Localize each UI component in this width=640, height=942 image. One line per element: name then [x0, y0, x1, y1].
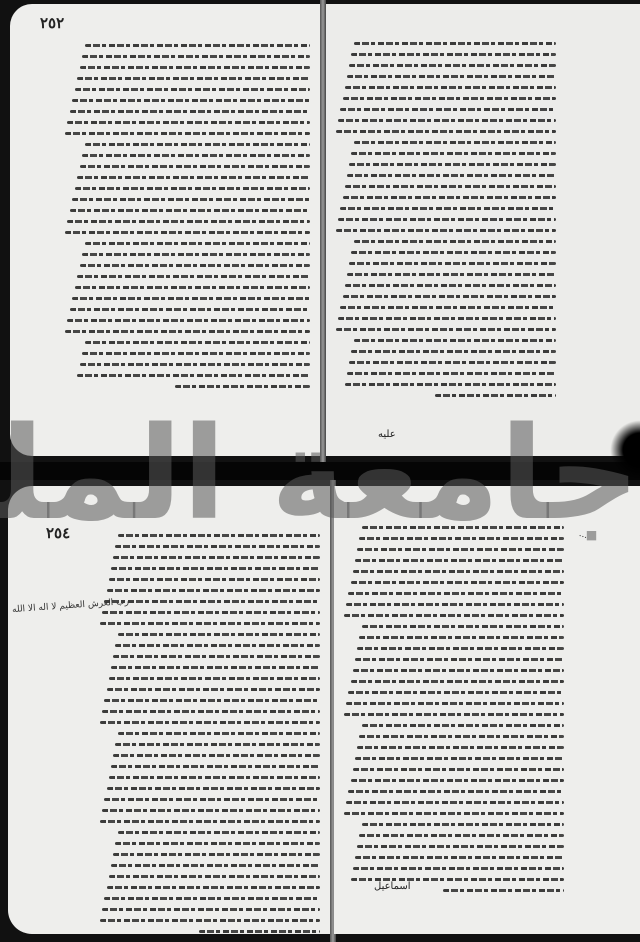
text-line — [85, 143, 310, 146]
text-line — [109, 776, 320, 779]
text-line — [107, 787, 320, 790]
text-line — [118, 732, 320, 735]
text-line — [82, 55, 310, 58]
text-line — [102, 710, 320, 713]
text-line — [175, 385, 310, 388]
text-line — [111, 666, 320, 669]
text-line — [118, 534, 320, 537]
text-line — [353, 867, 564, 870]
text-line — [346, 801, 564, 804]
text-line — [100, 721, 320, 724]
text-line — [347, 273, 556, 276]
text-line — [349, 163, 556, 166]
text-line — [82, 154, 310, 157]
text-line — [75, 88, 310, 91]
text-line — [336, 130, 556, 133]
text-line — [199, 930, 320, 933]
manuscript-text-block — [344, 526, 564, 900]
text-line — [72, 198, 310, 201]
text-line — [343, 295, 556, 298]
catchword: اسماعيل — [374, 881, 411, 892]
text-line — [346, 603, 564, 606]
text-line — [77, 275, 310, 278]
text-line — [111, 864, 320, 867]
text-line — [77, 77, 310, 80]
text-line — [359, 537, 564, 540]
text-line — [65, 132, 310, 135]
text-line — [85, 242, 310, 245]
text-line — [351, 779, 564, 782]
text-line — [357, 548, 564, 551]
text-line — [67, 121, 310, 124]
text-line — [72, 297, 310, 300]
page-254: ٢٥٤ رب العرش العظيم لا اله الا الله — [8, 486, 331, 934]
text-line — [351, 581, 564, 584]
margin-note: ... — [578, 529, 589, 541]
text-line — [72, 99, 310, 102]
text-line — [443, 889, 564, 892]
text-line — [113, 556, 320, 559]
text-line — [357, 647, 564, 650]
text-line — [351, 152, 556, 155]
text-line — [351, 251, 556, 254]
text-line — [336, 229, 556, 232]
text-line — [107, 589, 320, 592]
text-line — [104, 699, 320, 702]
text-line — [104, 600, 320, 603]
text-line — [75, 286, 310, 289]
text-line — [82, 352, 310, 355]
text-line — [362, 724, 564, 727]
text-line — [109, 677, 320, 680]
text-line — [67, 319, 310, 322]
text-line — [349, 64, 556, 67]
text-line — [355, 856, 564, 859]
text-line — [348, 691, 564, 694]
text-line — [355, 757, 564, 760]
text-line — [111, 567, 320, 570]
text-line — [100, 622, 320, 625]
text-line — [115, 644, 320, 647]
text-line — [345, 284, 556, 287]
catchword: عليه — [378, 429, 396, 440]
page-253: عليه — [326, 4, 640, 456]
text-line — [353, 669, 564, 672]
text-line — [80, 165, 310, 168]
text-line — [359, 636, 564, 639]
text-line — [80, 264, 310, 267]
text-line — [354, 42, 556, 45]
text-line — [338, 218, 556, 221]
text-line — [345, 185, 556, 188]
text-line — [338, 317, 556, 320]
text-line — [353, 570, 564, 573]
text-line — [351, 680, 564, 683]
text-line — [348, 592, 564, 595]
text-line — [102, 611, 320, 614]
text-line — [65, 330, 310, 333]
text-line — [118, 633, 320, 636]
text-line — [359, 735, 564, 738]
text-line — [80, 363, 310, 366]
text-line — [336, 328, 556, 331]
text-line — [107, 886, 320, 889]
text-line — [113, 655, 320, 658]
text-line — [109, 578, 320, 581]
text-line — [357, 845, 564, 848]
text-line — [70, 209, 310, 212]
text-line — [109, 875, 320, 878]
manuscript-text-block — [65, 44, 310, 396]
text-line — [345, 86, 556, 89]
text-line — [351, 53, 556, 56]
text-line — [80, 66, 310, 69]
page-number: ٢٥٢ — [40, 14, 64, 32]
text-line — [435, 394, 556, 397]
text-line — [347, 372, 556, 375]
text-line — [353, 768, 564, 771]
text-line — [362, 823, 564, 826]
scan-separator — [0, 462, 640, 480]
text-line — [354, 141, 556, 144]
text-line — [340, 207, 556, 210]
text-line — [111, 765, 320, 768]
text-line — [107, 688, 320, 691]
scan-edge-shadow — [610, 420, 640, 480]
text-line — [355, 658, 564, 661]
text-line — [102, 809, 320, 812]
text-line — [345, 383, 556, 386]
text-line — [362, 526, 564, 529]
text-line — [340, 108, 556, 111]
text-line — [85, 341, 310, 344]
text-line — [348, 790, 564, 793]
text-line — [75, 187, 310, 190]
text-line — [344, 812, 564, 815]
text-line — [354, 240, 556, 243]
text-line — [343, 97, 556, 100]
text-line — [77, 374, 310, 377]
text-line — [82, 253, 310, 256]
page-number: ٢٥٤ — [46, 524, 70, 542]
text-line — [349, 262, 556, 265]
text-line — [100, 820, 320, 823]
text-line — [362, 625, 564, 628]
text-line — [347, 75, 556, 78]
text-line — [351, 350, 556, 353]
text-line — [357, 746, 564, 749]
text-line — [100, 919, 320, 922]
text-line — [102, 908, 320, 911]
text-line — [355, 559, 564, 562]
text-line — [359, 834, 564, 837]
text-line — [338, 119, 556, 122]
text-line — [113, 754, 320, 757]
text-line — [346, 702, 564, 705]
text-line — [347, 174, 556, 177]
text-line — [354, 339, 556, 342]
text-line — [115, 842, 320, 845]
text-line — [115, 545, 320, 548]
text-line — [113, 853, 320, 856]
text-line — [115, 743, 320, 746]
text-line — [77, 176, 310, 179]
text-line — [118, 831, 320, 834]
text-line — [349, 361, 556, 364]
text-line — [70, 110, 310, 113]
page-252: ٢٥٢ — [10, 4, 320, 456]
text-line — [70, 308, 310, 311]
text-line — [85, 44, 310, 47]
text-line — [343, 196, 556, 199]
manuscript-text-block — [100, 534, 320, 934]
page-255: ... اسماعيل — [334, 486, 640, 934]
text-line — [65, 231, 310, 234]
text-line — [67, 220, 310, 223]
text-line — [344, 713, 564, 716]
text-line — [104, 897, 320, 900]
text-line — [340, 306, 556, 309]
manuscript-text-block — [336, 42, 556, 405]
text-line — [344, 614, 564, 617]
text-line — [104, 798, 320, 801]
top-spread: ٢٥٢ عليه — [0, 0, 640, 462]
bottom-spread: ٢٥٤ رب العرش العظيم لا اله الا الله ... … — [0, 480, 640, 942]
